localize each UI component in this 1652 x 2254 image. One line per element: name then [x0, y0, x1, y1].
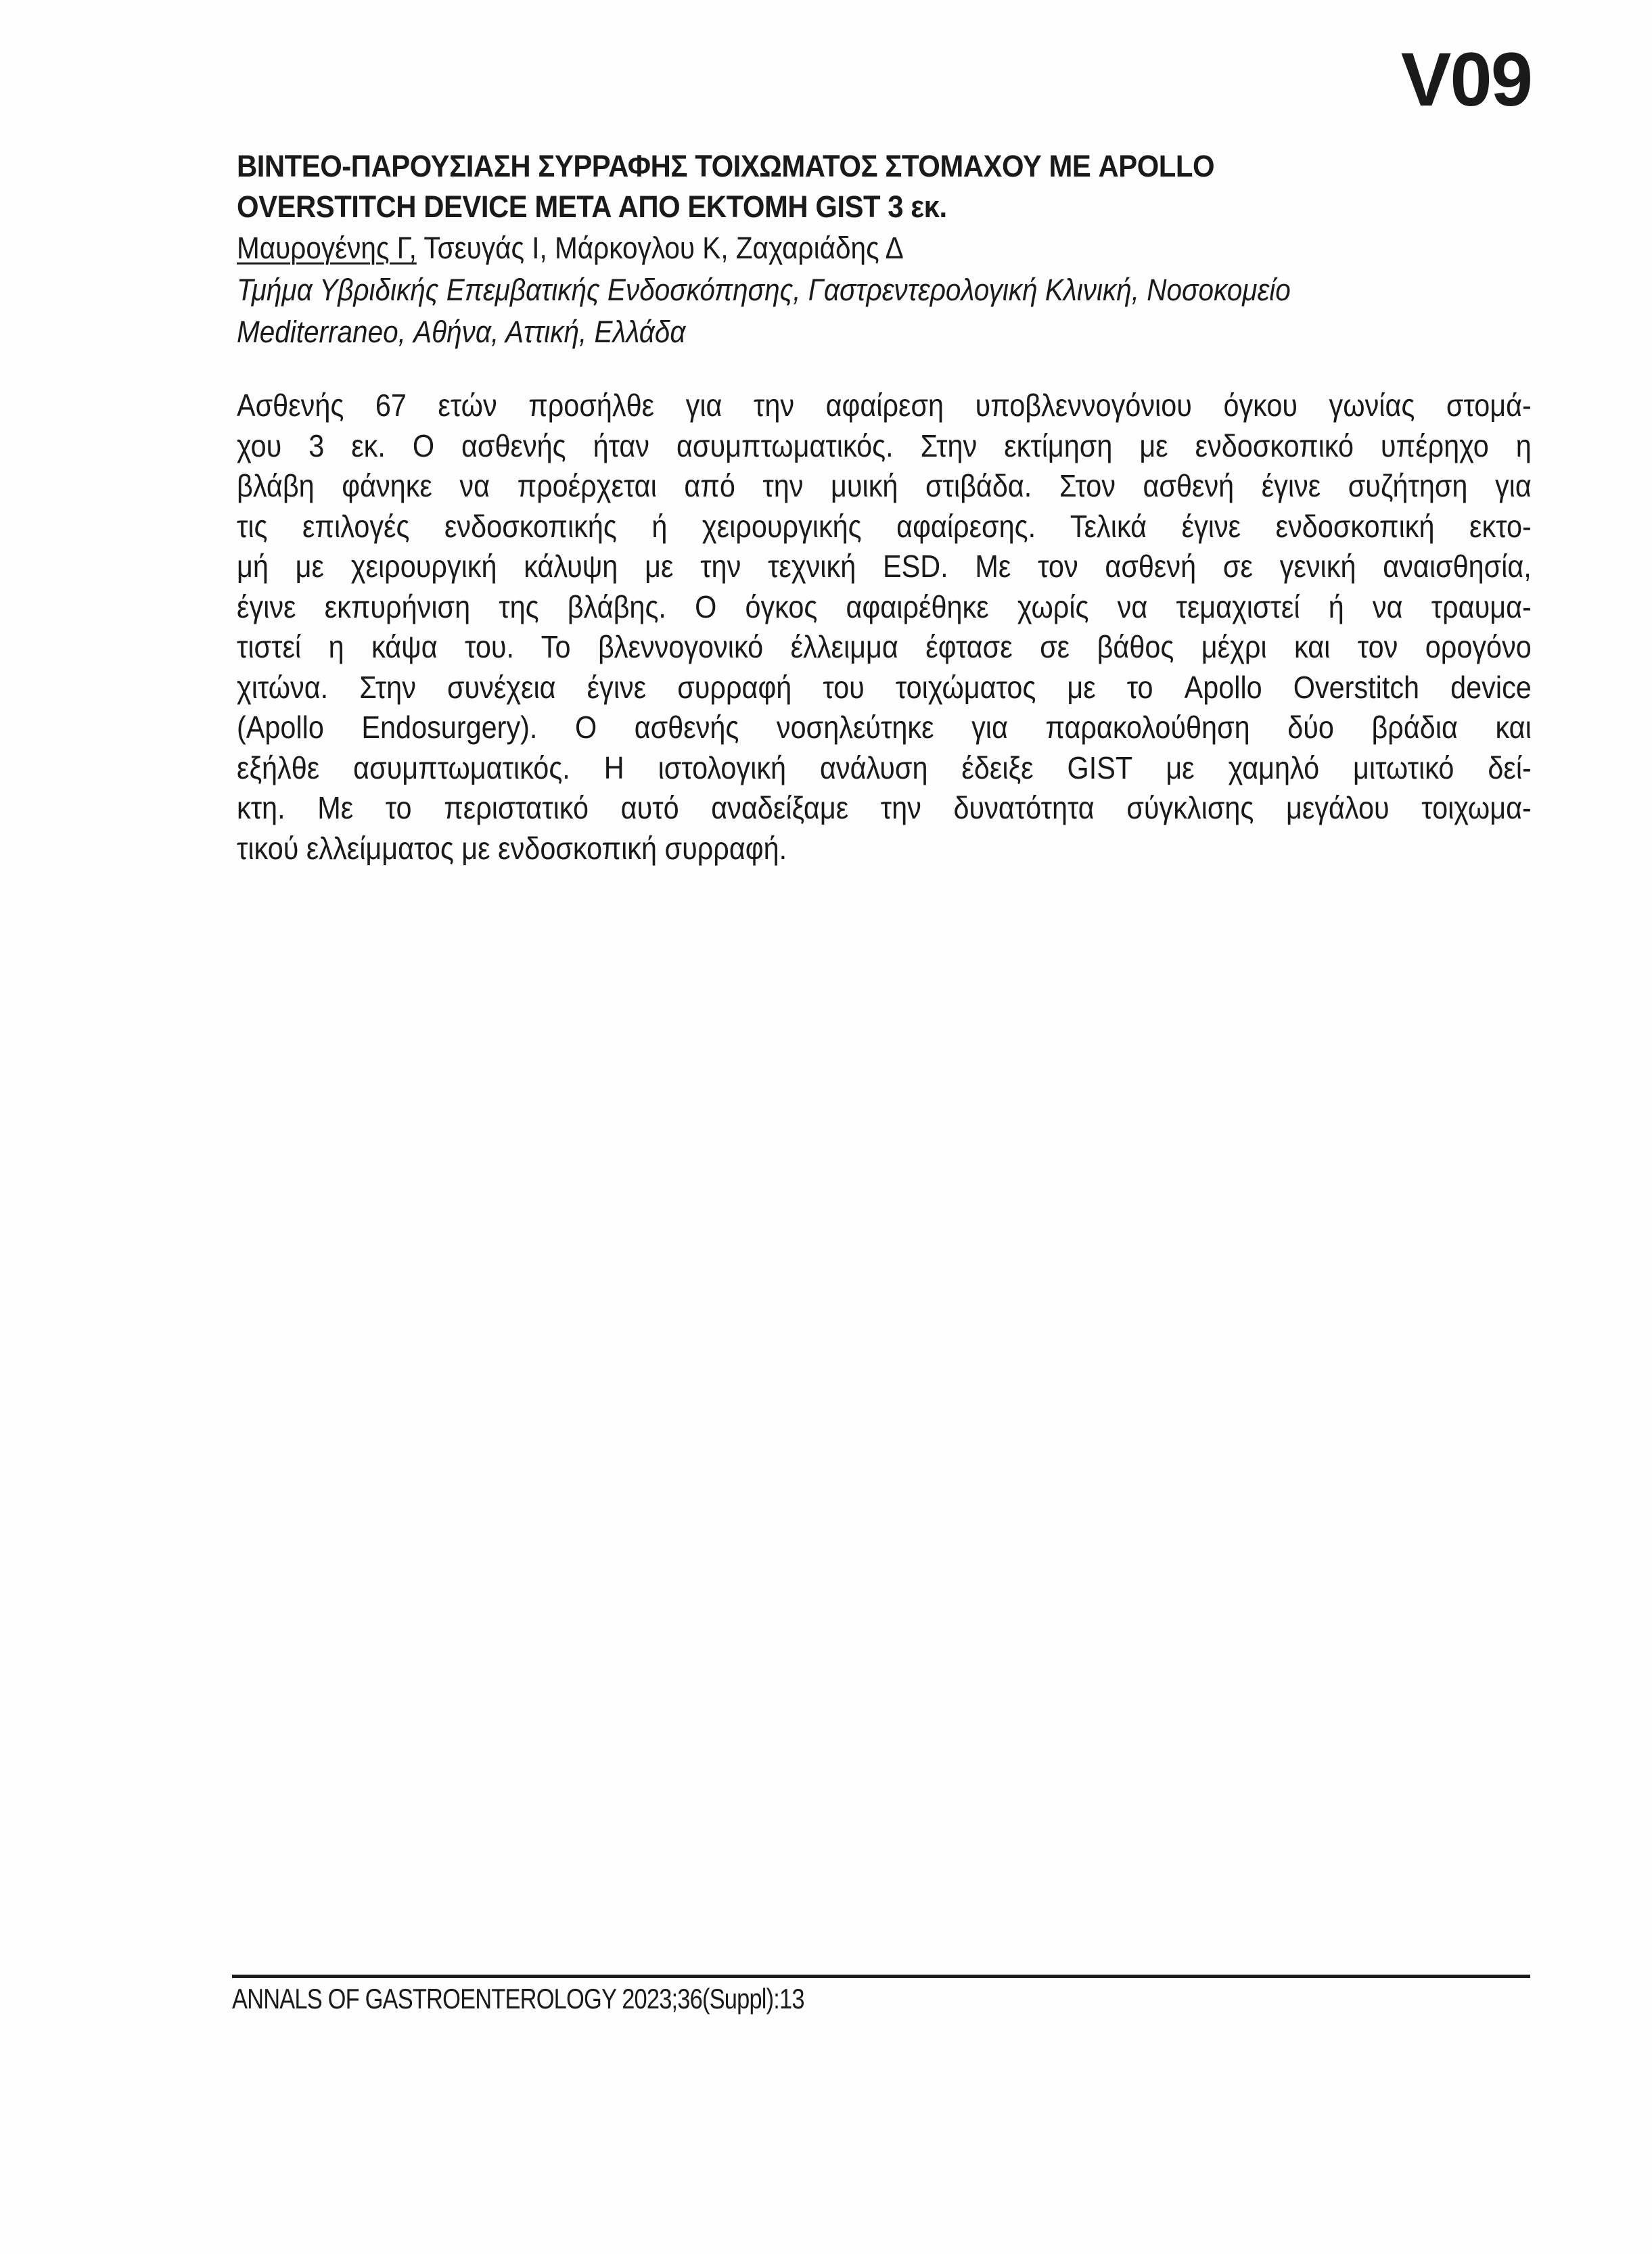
body-line: τις επιλογές ενδοσκοπικής ή χειρουργικής… — [237, 507, 1532, 547]
body-line: μή με χειρουργική κάλυψη με την τεχνική … — [237, 547, 1532, 587]
footer-divider — [232, 1975, 1530, 1978]
abstract-code: V09 — [1401, 42, 1532, 118]
co-authors: Τσευγάς Ι, Μάρκογλου Κ, Ζαχαριάδης Δ — [417, 231, 904, 265]
footer-citation: ANNALS OF GASTROENTEROLOGY 2023;36(Suppl… — [232, 1982, 804, 2016]
authors-line: Μαυρογένης Γ, Τσευγάς Ι, Μάρκογλου Κ, Ζα… — [237, 227, 1530, 269]
body-line: χιτώνα. Στην συνέχεια έγινε συρραφή του … — [237, 668, 1532, 708]
body-line: έγινε εκπυρήνιση της βλάβης. Ο όγκος αφα… — [237, 587, 1532, 628]
document-page: V09 ΒΙΝΤΕΟ-ΠΑΡΟΥΣΙΑΣΗ ΣΥΡΡΑΦΗΣ ΤΟΙΧΩΜΑΤΟ… — [0, 0, 1652, 2254]
body-line: τικού ελλείμματος με ενδοσκοπική συρραφή… — [237, 829, 1532, 869]
title-line-1: ΒΙΝΤΕΟ-ΠΑΡΟΥΣΙΑΣΗ ΣΥΡΡΑΦΗΣ ΤΟΙΧΩΜΑΤΟΣ ΣΤ… — [237, 146, 1537, 187]
body-line: χου 3 εκ. Ο ασθενής ήταν ασυμπτωματικός.… — [237, 426, 1532, 467]
body-line: τιστεί η κάψα του. Το βλεννογονικό έλλει… — [237, 627, 1532, 668]
abstract-content: ΒΙΝΤΕΟ-ΠΑΡΟΥΣΙΑΣΗ ΣΥΡΡΑΦΗΣ ΤΟΙΧΩΜΑΤΟΣ ΣΤ… — [237, 146, 1532, 869]
body-line: εξήλθε ασυμπτωματικός. Η ιστολογική ανάλ… — [237, 748, 1532, 789]
abstract-title: ΒΙΝΤΕΟ-ΠΑΡΟΥΣΙΑΣΗ ΣΥΡΡΑΦΗΣ ΤΟΙΧΩΜΑΤΟΣ ΣΤ… — [237, 146, 1537, 227]
affiliation-line-2: Mediterraneo, Αθήνα, Αττική, Ελλάδα — [237, 311, 1530, 353]
body-line: (Apollo Endosurgery). Ο ασθενής νοσηλεύτ… — [237, 708, 1532, 748]
body-line: βλάβη φάνηκε να προέρχεται από την μυική… — [237, 466, 1532, 507]
affiliation: Τμήμα Υβριδικής Επεμβατικής Ενδοσκόπησης… — [237, 269, 1530, 353]
presenting-author: Μαυρογένης Γ, — [237, 231, 417, 265]
title-line-2: OVERSTITCH DEVICE ΜΕΤΑ ΑΠΟ ΕΚΤΟΜΗ GIST 3… — [237, 187, 1537, 227]
body-line: Ασθενής 67 ετών προσήλθε για την αφαίρεσ… — [237, 386, 1532, 426]
affiliation-line-1: Τμήμα Υβριδικής Επεμβατικής Ενδοσκόπησης… — [237, 269, 1530, 311]
abstract-body: Ασθενής 67 ετών προσήλθε για την αφαίρεσ… — [237, 386, 1532, 869]
body-line: κτη. Με το περιστατικό αυτό αναδείξαμε τ… — [237, 788, 1532, 829]
